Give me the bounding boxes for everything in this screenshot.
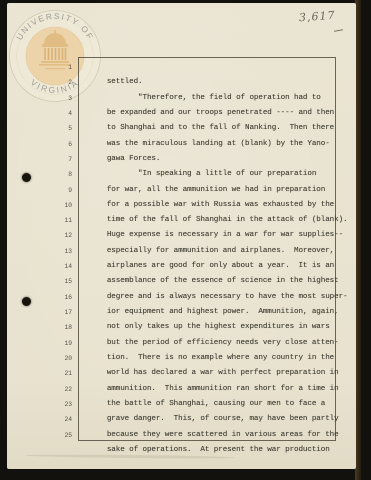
transcript-line: 11Huge expense is necessary in a war for… — [79, 213, 335, 228]
transcript-line: 2 "Therefore, the field of operation had… — [79, 75, 335, 90]
transcript-line: 18but the period of efficiency needs ver… — [79, 320, 335, 335]
line-number: 3 — [52, 91, 72, 106]
transcript-line: 12especially for ammunition and airplane… — [79, 228, 335, 243]
line-number: 22 — [52, 382, 72, 397]
line-number: 18 — [52, 320, 72, 335]
transcript-line: 25sake of operations. At present the war… — [79, 428, 335, 443]
line-number: 25 — [52, 428, 72, 443]
transcript-box: 1settled. 2 "Therefore, the field of ope… — [78, 57, 336, 441]
document-page: UNIVERSITY OF VIRGINIA — [7, 3, 356, 469]
line-number: 15 — [52, 274, 72, 289]
line-number: 11 — [52, 213, 72, 228]
transcript-line: 3be expanded and our troops penetrated -… — [79, 91, 335, 106]
transcript-line: 8for war, all the ammunition we had in p… — [79, 167, 335, 182]
transcript-line: 5was the miraculous landing at (blank) b… — [79, 121, 335, 136]
pencil-dash-mark — [334, 29, 343, 32]
line-number: 16 — [52, 290, 72, 305]
transcript-line: 23grave danger. This, of course, may hav… — [79, 397, 335, 412]
scanned-document: UNIVERSITY OF VIRGINIA — [0, 0, 371, 480]
transcript-line: 24because they were scattered in various… — [79, 412, 335, 427]
transcript-line: 21ammunition. This ammunition ran short … — [79, 366, 335, 381]
line-number: 12 — [52, 228, 72, 243]
transcript-line: 19tion. There is no example where any co… — [79, 336, 335, 351]
transcript-line: 17not only takes up the highest expendit… — [79, 305, 335, 320]
line-number: 8 — [52, 167, 72, 182]
transcript-line: 22the battle of Shanghai, causing our me… — [79, 382, 335, 397]
line-number: 20 — [52, 351, 72, 366]
line-number: 19 — [52, 336, 72, 351]
line-number: 14 — [52, 259, 72, 274]
line-number: 6 — [52, 137, 72, 152]
transcript-line: 16ior equipment and highest power. Ammun… — [79, 290, 335, 305]
transcript-line: 6gawa Forces. — [79, 137, 335, 152]
punch-hole-bottom — [22, 297, 31, 306]
transcript-line: 1settled. — [79, 60, 335, 75]
line-number: 17 — [52, 305, 72, 320]
line-number: 9 — [52, 183, 72, 198]
line-number: 23 — [52, 397, 72, 412]
line-number: 2 — [52, 75, 72, 90]
transcript-line: 4to Shanghai and to the fall of Nanking.… — [79, 106, 335, 121]
line-number: 10 — [52, 198, 72, 213]
punch-hole-top — [22, 173, 31, 182]
line-number: 24 — [52, 412, 72, 427]
transcript-line: 7 "In speaking a little of our preparati… — [79, 152, 335, 167]
line-number: 4 — [52, 106, 72, 121]
transcript-line: 9for a possible war with Russia was exha… — [79, 183, 335, 198]
transcript-line: 15degree and is always necessary to have… — [79, 274, 335, 289]
line-number: 13 — [52, 244, 72, 259]
transcript-rows: 1settled. 2 "Therefore, the field of ope… — [79, 60, 335, 443]
line-number: 7 — [52, 152, 72, 167]
transcript-line: 10time of the fall of Shanghai in the at… — [79, 198, 335, 213]
line-number: 21 — [52, 366, 72, 381]
line-number: 5 — [52, 121, 72, 136]
transcript-line: 14assemblance of the essence of science … — [79, 259, 335, 274]
transcript-line: 13airplanes are good for only about a ye… — [79, 244, 335, 259]
page-number-annotation: 3,617 — [299, 9, 336, 25]
transcript-line: 20world has declared a war with perfect … — [79, 351, 335, 366]
line-number: 1 — [52, 60, 72, 75]
line-text: sake of operations. At present the war p… — [107, 446, 330, 454]
